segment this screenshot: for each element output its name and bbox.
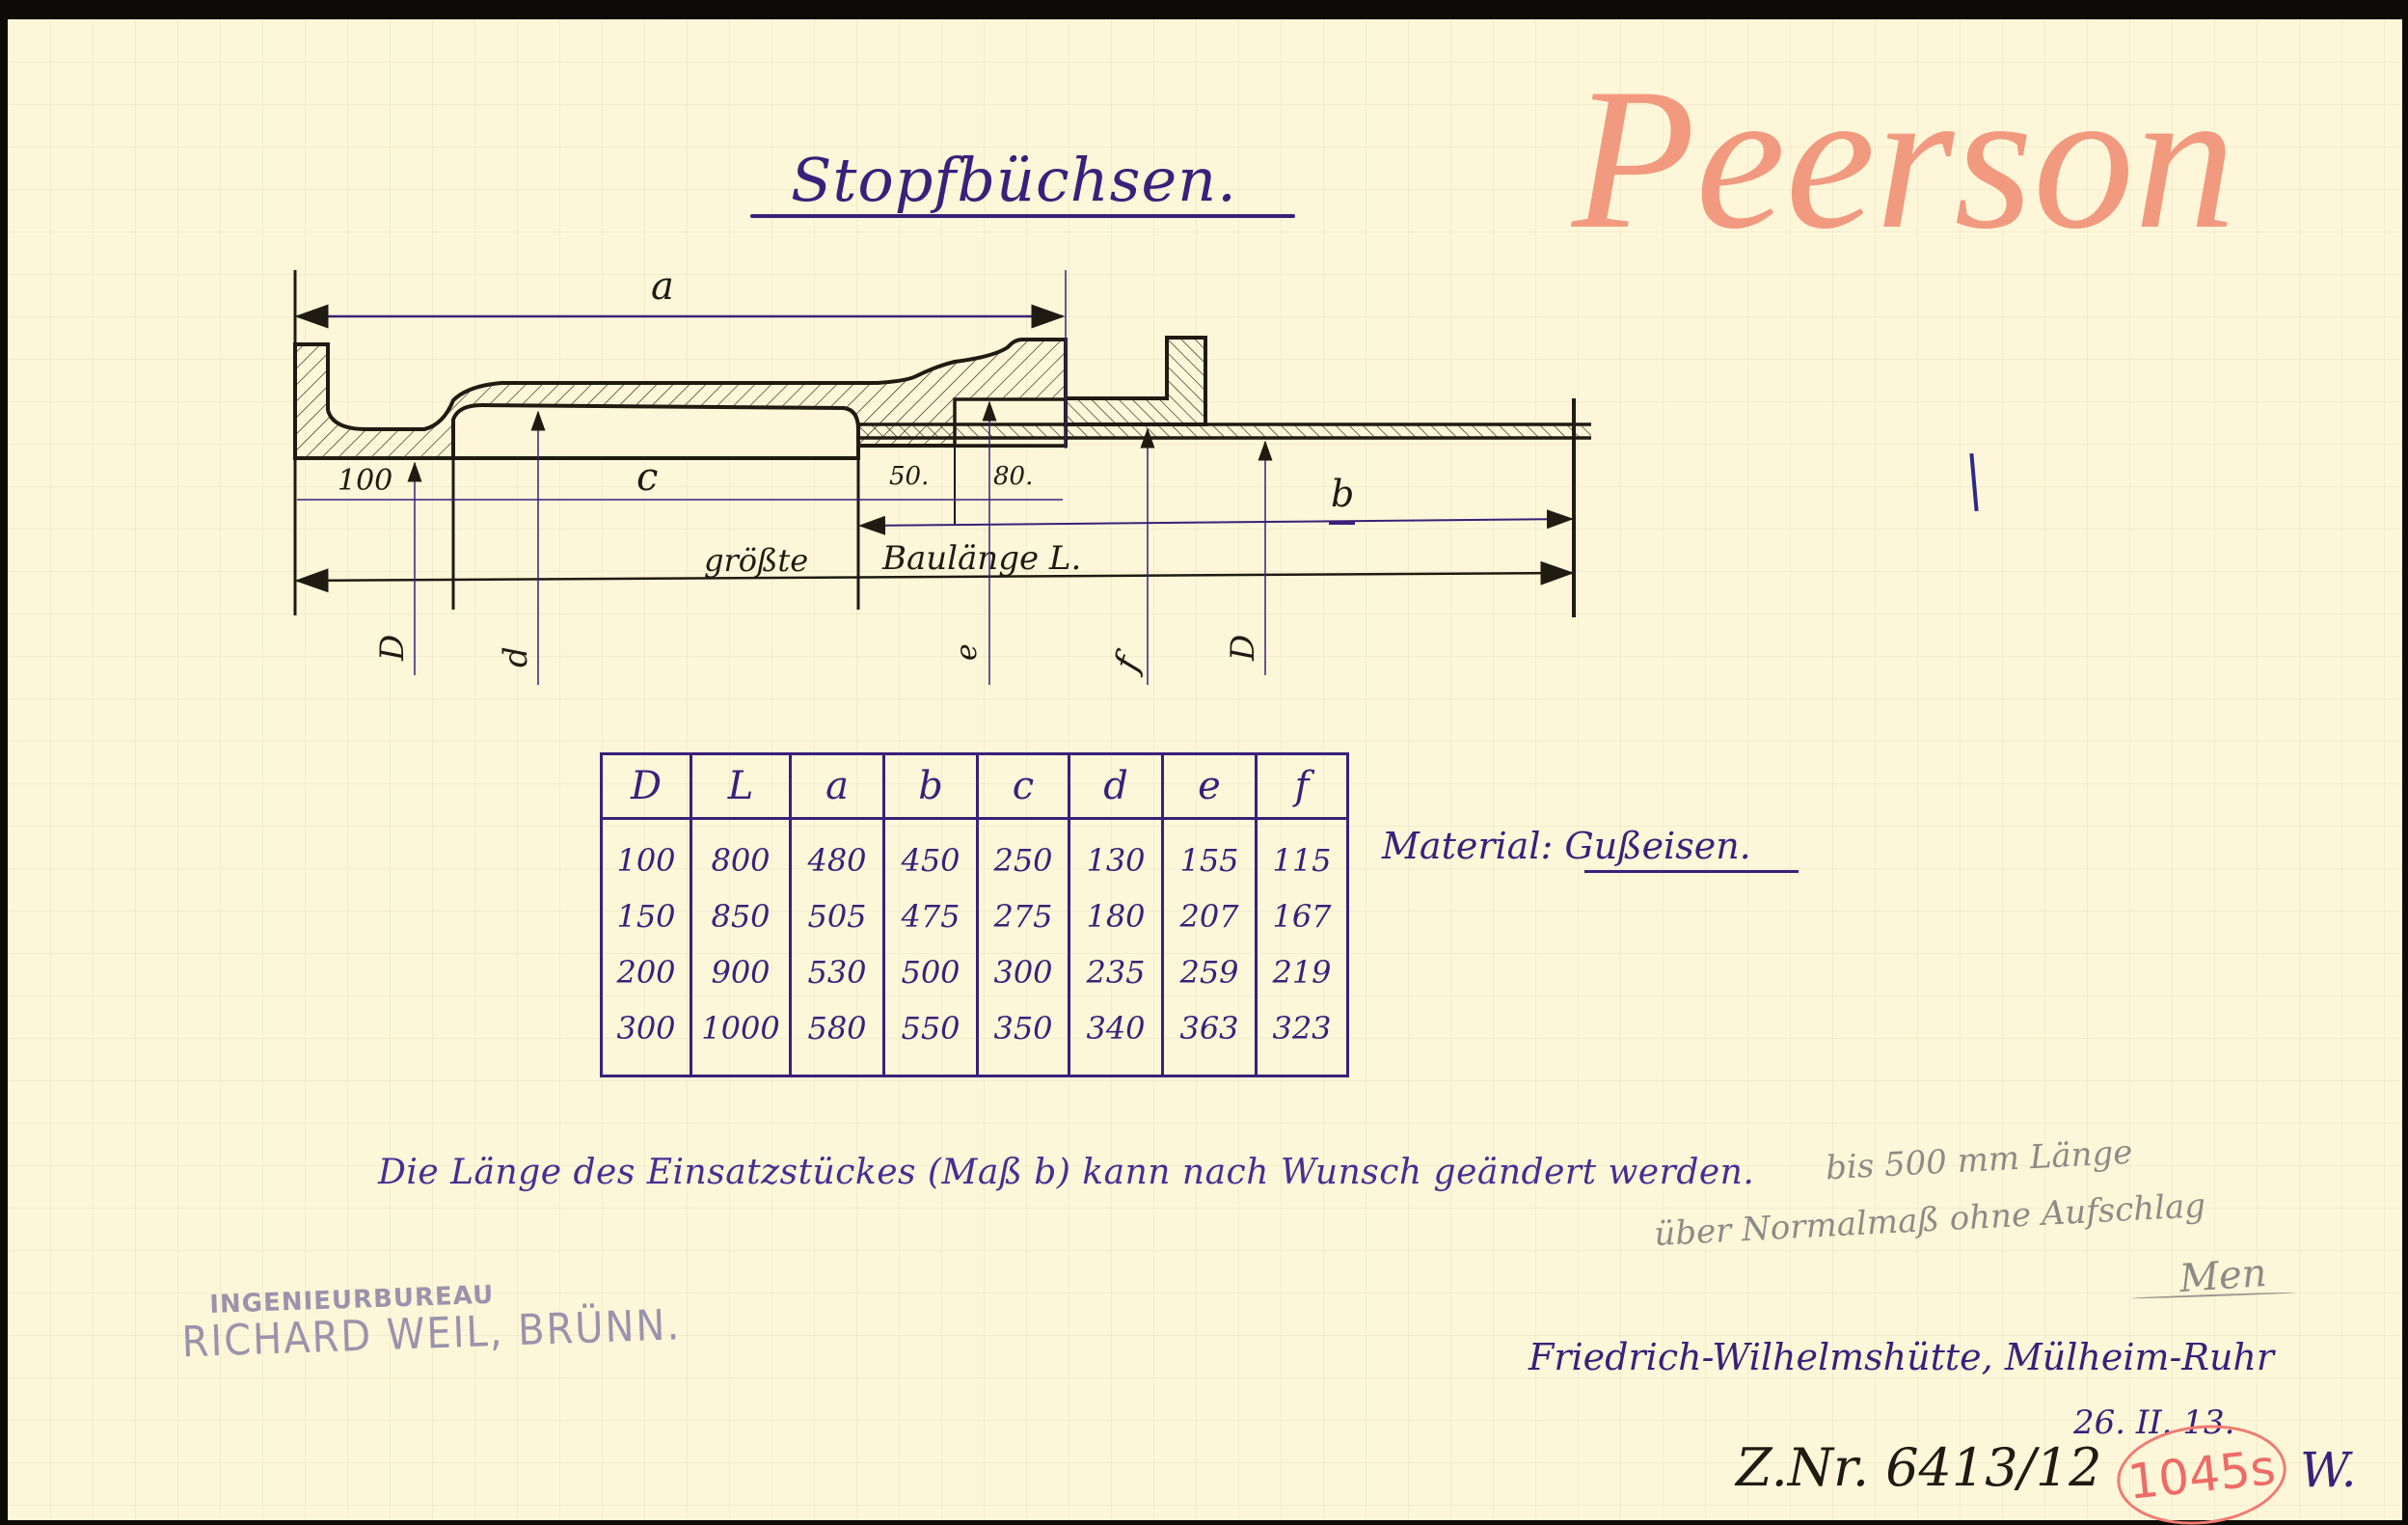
header-D: D bbox=[602, 754, 691, 819]
cell: 900 bbox=[691, 944, 791, 1000]
cell: 167 bbox=[1257, 888, 1348, 944]
header-e: e bbox=[1163, 754, 1257, 819]
red-pencil-annotation: Peerson bbox=[1572, 58, 2235, 260]
initial-signature: W. bbox=[2300, 1442, 2357, 1498]
cell: 259 bbox=[1163, 944, 1257, 1000]
table-header-row: D L a b c d e f bbox=[602, 754, 1348, 819]
cell: 363 bbox=[1163, 1000, 1257, 1076]
red-stamp-number: 1045s bbox=[2125, 1439, 2279, 1511]
cell: 219 bbox=[1257, 944, 1348, 1000]
svg-text:a: a bbox=[651, 270, 674, 309]
length-note: Die Länge des Einsatzstückes (Maß b) kan… bbox=[378, 1153, 1754, 1192]
cell: 155 bbox=[1163, 819, 1257, 889]
material-line: Material: Gußeisen. bbox=[1382, 825, 1751, 867]
svg-text:80.: 80. bbox=[993, 462, 1033, 491]
dimensions-table: D L a b c d e f 100 800 480 450 250 130 … bbox=[600, 752, 1349, 1077]
cell: 150 bbox=[602, 888, 691, 944]
svg-text:D: D bbox=[1224, 635, 1262, 662]
svg-text:b: b bbox=[1331, 473, 1354, 515]
header-b: b bbox=[884, 754, 978, 819]
cell: 580 bbox=[791, 1000, 884, 1076]
material-value: Gußeisen. bbox=[1564, 825, 1750, 867]
svg-text:100: 100 bbox=[338, 464, 392, 498]
cell: 250 bbox=[978, 819, 1069, 889]
cell: 800 bbox=[691, 819, 791, 889]
cell: 550 bbox=[884, 1000, 978, 1076]
svg-text:e: e bbox=[950, 643, 984, 661]
svg-text:D: D bbox=[373, 635, 412, 662]
cell: 300 bbox=[978, 944, 1069, 1000]
table-row: 300 1000 580 550 350 340 363 323 bbox=[602, 1000, 1348, 1076]
cell: 350 bbox=[978, 1000, 1069, 1076]
table-row: 200 900 530 500 300 235 259 219 bbox=[602, 944, 1348, 1000]
cell: 130 bbox=[1069, 819, 1163, 889]
svg-text:Baulänge L.: Baulänge L. bbox=[881, 539, 1081, 578]
header-a: a bbox=[791, 754, 884, 819]
svg-text:f: f bbox=[1106, 645, 1150, 679]
cell: 850 bbox=[691, 888, 791, 944]
header-c: c bbox=[978, 754, 1069, 819]
cell: 300 bbox=[602, 1000, 691, 1076]
cell: 500 bbox=[884, 944, 978, 1000]
stuffing-box-cross-section-drawing: a 100 c 50. 80. b größte Baulänge L. D d… bbox=[280, 270, 1591, 694]
cell: 505 bbox=[791, 888, 884, 944]
company-name: Friedrich-Wilhelmshütte, Mülheim-Ruhr bbox=[1529, 1336, 2274, 1378]
table-row: 150 850 505 475 275 180 207 167 bbox=[602, 888, 1348, 944]
cell: 475 bbox=[884, 888, 978, 944]
cell: 480 bbox=[791, 819, 884, 889]
cell: 200 bbox=[602, 944, 691, 1000]
svg-text:50.: 50. bbox=[889, 462, 929, 491]
cell: 235 bbox=[1069, 944, 1163, 1000]
cell: 340 bbox=[1069, 1000, 1163, 1076]
cell: 530 bbox=[791, 944, 884, 1000]
material-label: Material: bbox=[1382, 825, 1553, 867]
cell: 323 bbox=[1257, 1000, 1348, 1076]
cell: 100 bbox=[602, 819, 691, 889]
table-row: 100 800 480 450 250 130 155 115 bbox=[602, 819, 1348, 889]
cell: 207 bbox=[1163, 888, 1257, 944]
cell: 1000 bbox=[691, 1000, 791, 1076]
header-L: L bbox=[691, 754, 791, 819]
svg-text:c: c bbox=[636, 455, 658, 500]
cell: 115 bbox=[1257, 819, 1348, 889]
header-d: d bbox=[1069, 754, 1163, 819]
header-f: f bbox=[1257, 754, 1348, 819]
page-title: Stopfbüchsen. bbox=[791, 145, 1237, 215]
svg-text:größte: größte bbox=[704, 542, 808, 579]
cell: 450 bbox=[884, 819, 978, 889]
material-underline bbox=[1584, 870, 1799, 873]
svg-text:d: d bbox=[497, 646, 535, 667]
title-underline bbox=[750, 214, 1295, 218]
drawing-reference-number: Z.Nr. 6413/12 bbox=[1736, 1437, 2102, 1498]
cell: 180 bbox=[1069, 888, 1163, 944]
cell: 275 bbox=[978, 888, 1069, 944]
